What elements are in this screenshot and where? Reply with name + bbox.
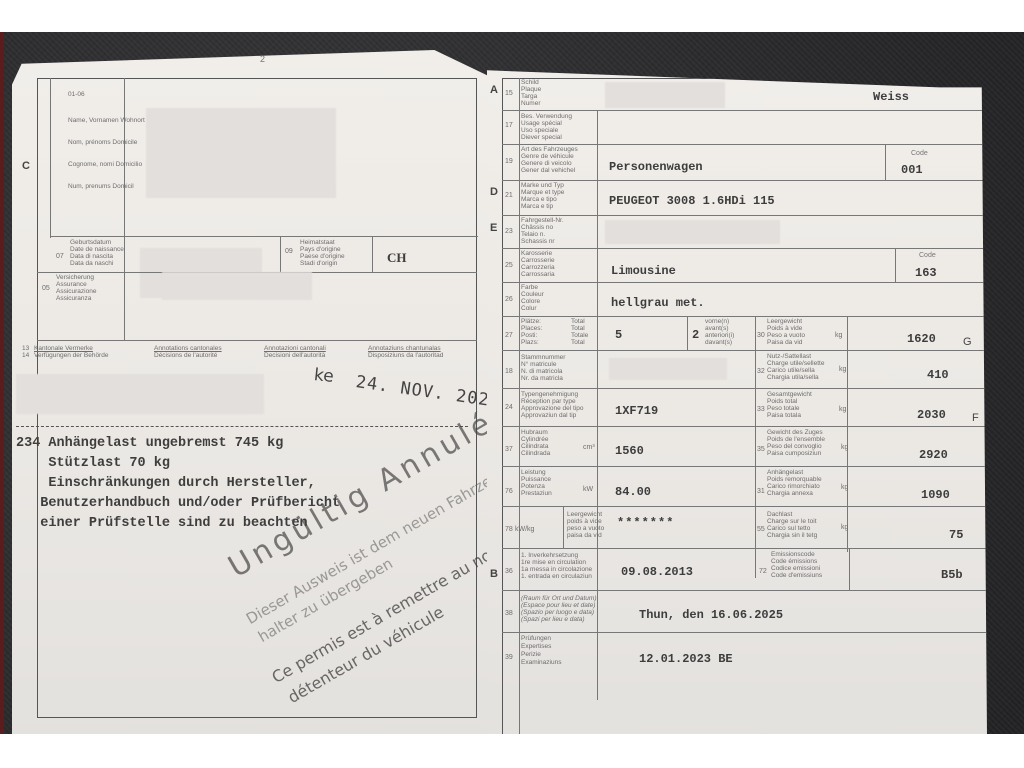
seats-front-value: 2: [692, 328, 699, 342]
train-weight-label: Paisa cumposiziun: [767, 451, 821, 458]
page-number-left: 2: [260, 54, 265, 64]
holder-label: Num, prenums Domicil: [68, 184, 134, 191]
holder-label: Name, Vornamen Wohnort: [68, 118, 145, 125]
field-number: 24: [505, 404, 513, 411]
divider: [502, 506, 1002, 507]
unit-label: kW: [583, 486, 593, 493]
annotations-label-rm: Disposiziuns da l'autoritad: [368, 353, 443, 360]
unit-label: kg: [839, 366, 846, 373]
right-page: 3 A D E B G F 15 Schild Plaque Targa Num…: [487, 60, 1019, 734]
annotations-label-de: Verfügungen der Behörde: [34, 353, 108, 360]
unit-label: kg: [841, 524, 848, 531]
side-letter-a: A: [490, 84, 498, 96]
field-number: 09: [285, 248, 293, 255]
trailer-load-label: Chargia annexa: [767, 491, 813, 498]
vehicle-type-label: Gener dal vehichel: [521, 168, 575, 175]
field-number: 21: [505, 192, 513, 199]
divider: [519, 78, 520, 734]
divider: [597, 110, 598, 700]
make-model-label: Marca e tip: [521, 204, 553, 211]
color-label: Colur: [521, 306, 537, 313]
chassis-label: Schassis nr: [521, 239, 555, 246]
field-number: 35: [757, 446, 765, 453]
first-registration-value: 09.08.2013: [621, 565, 693, 579]
emission-code-label: Code d'emissiuns: [771, 573, 822, 580]
background-edge: [0, 32, 4, 734]
divider: [849, 548, 850, 590]
roof-load-value: 75: [949, 528, 963, 542]
divider: [847, 316, 848, 552]
divider: [280, 236, 281, 272]
field-number: 36: [505, 568, 513, 575]
displacement-value: 1560: [615, 444, 644, 458]
divider: [37, 340, 477, 341]
divider: [502, 180, 1002, 181]
field-number: 55: [757, 526, 765, 533]
unit-label: kW/kg: [515, 526, 534, 533]
emission-code-value: B5b: [941, 568, 963, 582]
vehicle-type-code: 001: [901, 163, 923, 177]
unit-label: kg: [839, 406, 846, 413]
make-model-value: PEUGEOT 3008 1.6HDi 115: [609, 194, 775, 208]
divider: [502, 215, 1002, 216]
inspections-value: 12.01.2023 BE: [639, 652, 733, 666]
field-number: 05: [42, 285, 50, 292]
divider: [502, 350, 1002, 351]
power-weight-value: *******: [617, 516, 674, 530]
dashed-separator: [16, 426, 468, 427]
field-number: 32: [757, 368, 765, 375]
left-page: 2 C 01-06 Name, Vornamen Wohnort Nom, pr…: [12, 50, 492, 734]
special-use-label: Diever special: [521, 135, 562, 142]
field-number: 19: [505, 158, 513, 165]
seats-front-label: davant(s): [705, 340, 732, 347]
field-number: 72: [759, 568, 767, 575]
empty-weight-label: Paisa da vid: [767, 340, 802, 347]
divider: [502, 144, 1002, 145]
divider: [502, 426, 1002, 427]
note-line: Stützlast 70 kg: [16, 456, 170, 471]
body-value: Limousine: [611, 264, 676, 278]
note-line: Benutzerhandbuch und/oder Prüfbericht: [16, 496, 340, 511]
side-letter-e: E: [490, 222, 497, 234]
divider: [755, 316, 756, 578]
origin-country-value: CH: [387, 250, 407, 266]
total-weight-value: 2030: [917, 408, 946, 422]
birthdate-label: Data da naschi: [70, 261, 113, 268]
divider: [50, 236, 478, 237]
holder-number: 01-06: [68, 92, 85, 99]
place-date-label: (Spazi per lieu e data): [521, 617, 585, 624]
side-letter-f: F: [972, 412, 979, 424]
field-number: 27: [505, 332, 513, 339]
first-registration-label: 1. entrada en circulaziun: [521, 574, 592, 581]
divider: [502, 248, 1002, 249]
side-letter-g: G: [963, 336, 972, 348]
divider: [502, 316, 1002, 317]
plate-label: Numer: [521, 101, 541, 108]
redacted-matriculation: [609, 358, 727, 380]
field-number: 38: [505, 610, 513, 617]
field-number: 26: [505, 296, 513, 303]
trailer-load-value: 1090: [921, 488, 950, 502]
holder-label: Nom, prénoms Domicile: [68, 140, 137, 147]
matriculation-label: Nr. da matricla: [521, 376, 563, 383]
annotations-label-fr: Décisions de l'autorité: [154, 353, 217, 360]
divider: [502, 632, 1002, 633]
seats-total-value: 5: [615, 328, 622, 342]
field-number: 39: [505, 654, 513, 661]
body-code: 163: [915, 266, 937, 280]
unit-label: kg: [841, 484, 848, 491]
field-number: 14: [22, 353, 29, 360]
holder-label: Cognome, nomi Domicilio: [68, 162, 142, 169]
stamp-initials: ke: [313, 365, 335, 387]
field-number: 30: [757, 332, 765, 339]
section-letter-c: C: [22, 160, 30, 172]
power-value: 84.00: [615, 485, 651, 499]
divider: [502, 548, 1002, 549]
field-number: 07: [56, 253, 64, 260]
code-label: Code: [911, 150, 928, 157]
field-number: 25: [505, 262, 513, 269]
inspections-label: Prüfungen: [521, 636, 551, 643]
redacted-annotation: [16, 374, 264, 414]
divider: [502, 282, 1002, 283]
divider: [687, 316, 688, 350]
total-weight-label: Paisa totala: [767, 413, 801, 420]
place-date-value: Thun, den 16.06.2025: [639, 608, 783, 622]
document-photo: 2 C 01-06 Name, Vornamen Wohnort Nom, pr…: [0, 32, 1024, 734]
code-label: Code: [919, 252, 936, 259]
divider: [885, 144, 886, 180]
origin-label: Stadi d'origin: [300, 261, 337, 268]
field-number: 18: [505, 368, 513, 375]
unit-label: kg: [841, 444, 848, 451]
type-approval-label: Approvaziun dal tip: [521, 413, 576, 420]
field-number: 33: [757, 406, 765, 413]
side-letter-d: D: [490, 186, 498, 198]
redacted-plate-number: [605, 82, 725, 108]
inspections-label: Examinaziuns: [521, 660, 561, 667]
unit-label: cm³: [583, 444, 595, 451]
train-weight-value: 2920: [919, 448, 948, 462]
displacement-label: Cilindrada: [521, 451, 550, 458]
empty-weight-value: 1620: [907, 332, 936, 346]
field-number: 15: [505, 90, 513, 97]
body-label: Carrossaria: [521, 272, 555, 279]
inspections-label: Perizie: [521, 652, 541, 659]
seats-total-label: Total: [571, 340, 585, 347]
note-line: Einschränkungen durch Hersteller,: [16, 476, 316, 491]
power-label: Prestaziun: [521, 491, 552, 498]
plate-color-value: Weiss: [873, 90, 909, 104]
divider: [50, 78, 51, 238]
payload-label: Chargia utila/sella: [767, 375, 819, 382]
unit-label: kg: [835, 332, 842, 339]
divider: [502, 466, 1002, 467]
payload-value: 410: [927, 368, 949, 382]
redacted-insurance: [162, 272, 312, 300]
note-line: 234 Anhängelast ungebremst 745 kg: [16, 436, 283, 451]
annotations-label-it: Decisioni dell'autorità: [264, 353, 325, 360]
redacted-chassis-number: [605, 220, 780, 244]
seats-label: Plazs:: [521, 340, 539, 347]
vehicle-type-value: Personenwagen: [609, 160, 703, 174]
insurance-label: Assicuranza: [56, 296, 91, 303]
power-weight-label: paisa da vid: [567, 533, 602, 540]
redacted-holder-name: [146, 108, 336, 198]
field-number: 78: [505, 526, 513, 533]
field-number: 23: [505, 228, 513, 235]
field-number: 31: [757, 488, 765, 495]
divider: [563, 506, 564, 548]
field-number: 76: [505, 488, 513, 495]
divider: [502, 388, 1002, 389]
page-number-right: 3: [713, 70, 718, 80]
color-value: hellgrau met.: [611, 296, 705, 310]
divider: [502, 590, 1002, 591]
inspections-label: Expertises: [521, 644, 551, 651]
note-line: einer Prüfstelle sind zu beachten: [16, 516, 308, 531]
divider: [895, 248, 896, 282]
divider: [502, 110, 1002, 111]
field-number: 37: [505, 446, 513, 453]
roof-load-label: Chargia sin il tetg: [767, 533, 817, 540]
divider: [372, 236, 373, 272]
field-number: 17: [505, 122, 513, 129]
type-approval-value: 1XF719: [615, 404, 658, 418]
side-letter-b: B: [490, 568, 498, 580]
